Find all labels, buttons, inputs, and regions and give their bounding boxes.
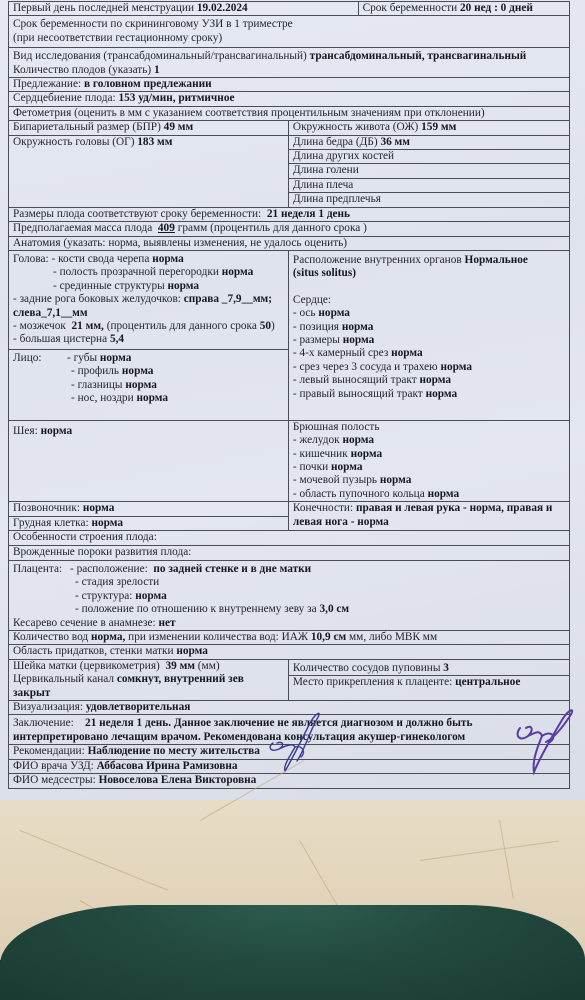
heart-item-label: - позиция (293, 321, 339, 333)
ga-label: Срок беременности (363, 2, 458, 14)
report-form-table: Первый день последней менструации 19.02.… (8, 1, 570, 789)
abdomen-item: - область пупочного кольца норма (293, 488, 565, 501)
spine-value: норма (83, 502, 115, 514)
cord-cell: Количество сосудов пуповины 3 Место прик… (288, 659, 569, 700)
bpd-row: Бипариетальный размер (БПР) 49 мм Окружн… (9, 121, 570, 135)
cord-insertion-line: Место прикрепления к плаценте: центральн… (289, 676, 569, 689)
afi-label: при изменении количества вод: ИАЖ (128, 631, 308, 643)
placenta-structure-label: - структура: (75, 590, 132, 602)
weight-cell: Предполагаемая масса плода 409 грамм (пр… (9, 222, 570, 236)
placenta-position-value: 3,0 см (319, 603, 349, 615)
placenta-position-label: - положение по отношению к внутреннему з… (75, 603, 317, 615)
heart-item-value: норма (342, 321, 374, 333)
size-match-value: 21 неделя 1 день (267, 208, 350, 220)
ultrasound-report-sheet: Первый день последней менструации 19.02.… (0, 0, 585, 805)
exam-type-value: трансабдоминальный, трансвагинальный (310, 50, 527, 62)
csp-value: норма (222, 266, 254, 278)
recommendations-label: Рекомендации: (13, 745, 85, 757)
chest-cell: Грудная клетка: норма (9, 516, 289, 530)
orbits-label: - глазницы (71, 379, 123, 391)
profile-value: норма (122, 365, 154, 377)
conclusion-value: 21 неделя 1 день. Данное заключение не я… (13, 717, 472, 742)
afi-suffix: мм, либо МВК мм (349, 631, 437, 643)
hc-label: Окружность головы (ОГ) (13, 136, 134, 148)
anatomy-title-row: Анатомия (указать: норма, выявлены измен… (9, 236, 570, 250)
spine-row: Позвоночник: норма Конечности: правая и … (9, 502, 570, 516)
abdomen-item: - кишечник норма (293, 448, 565, 461)
cord-vessels-line: Количество сосудов пуповины 3 (289, 660, 569, 676)
screening-cell: Срок беременности по скрининговому УЗИ в… (9, 16, 570, 48)
structure-features: Особенности строения плода: (9, 531, 570, 546)
cord-vessels-label: Количество сосудов пуповины (293, 662, 441, 674)
structure-features-row: Особенности строения плода: (9, 531, 570, 546)
head-label: Голова: (13, 253, 49, 265)
heart-label: Сердце: (293, 294, 565, 307)
afi-value: 10,9 см (311, 631, 346, 643)
fl-line: Длина бедра (ДБ) 36 мм (289, 136, 569, 150)
recommendations-value: Наблюдение по месту жительства (88, 745, 260, 757)
cisterna-label: - большая цистерна (13, 333, 107, 345)
heart-item-value: норма (343, 334, 375, 346)
abdomen-item: - мочевой пузырь норма (293, 474, 565, 487)
bones-cell: Длина бедра (ДБ) 36 мм Длина других кост… (288, 135, 569, 207)
cord-insertion-label: Место прикрепления к плаценте: (293, 676, 452, 688)
doctor-signature-icon (510, 700, 585, 780)
hc-cell: Окружность головы (ОГ) 183 мм (9, 135, 289, 207)
weight-suffix: грамм (процентиль для данного срока ) (178, 222, 367, 234)
weight-value: 409 (158, 222, 175, 234)
face-label: Лицо: (13, 352, 67, 365)
cord-insertion-value: центральное (455, 676, 520, 688)
adnexa-value: норма (176, 645, 208, 657)
fl-value: 36 мм (380, 136, 410, 148)
cervix-value: 39 мм (165, 660, 195, 672)
abdomen-item-label: - область пупочного кольца (293, 488, 425, 500)
neck-row: Шея: норма Брюшная полость - желудок нор… (9, 420, 570, 501)
nurse-signature-icon (265, 705, 335, 775)
csp-label: - полость прозрачной перегородки (53, 266, 219, 278)
bpd-cell: Бипариетальный размер (БПР) 49 мм (9, 121, 289, 135)
organs-value: Нормальное (465, 254, 528, 266)
presentation-row: Предлежание: в головном предлежании (9, 78, 570, 92)
heart-item-label: - 4-х камерный срез (293, 347, 388, 359)
nurse-label: ФИО медсестры: (13, 774, 96, 786)
anatomy-title: Анатомия (указать: норма, выявлены измен… (9, 236, 570, 250)
conclusion-label: Заключение: (13, 717, 74, 729)
adnexa-label: Область придатков, стенки матки (13, 645, 174, 657)
nose-value: норма (136, 392, 168, 404)
heart-item-label: - размеры (293, 334, 340, 346)
abdomen-cell: Брюшная полость - желудок норма - кишечн… (288, 420, 569, 501)
abdomen-item-value: норма (342, 434, 374, 446)
heart-item-label: - левый выносящий тракт (293, 374, 417, 386)
screening-line1: Срок беременности по скрининговому УЗИ в… (13, 18, 565, 31)
exam-type-row: Вид исследования (трансабдоминальный/тра… (9, 48, 570, 78)
organs-situs: (situs solitus) (293, 267, 356, 279)
abdomen-label: Брюшная полость (293, 421, 565, 434)
size-match-label: Размеры плода соответствуют сроку береме… (13, 208, 261, 220)
hc-value: 183 мм (137, 136, 172, 148)
cerebellum-pct-label: (процентиль для данного срока (107, 320, 257, 332)
abdomen-item-label: - мочевой пузырь (293, 474, 377, 486)
cervix-label: Шейка матки (цервикометрия) (13, 660, 160, 672)
heartbeat-label: Сердцебиение плода: (13, 92, 116, 104)
heart-item: - размеры норма (293, 334, 565, 347)
profile-label: - профиль (71, 365, 119, 377)
humerus-length: Длина плеча (289, 179, 569, 193)
abdomen-item-label: - желудок (293, 434, 340, 446)
heartbeat-value: 153 уд/мин, ритмичное (118, 92, 234, 104)
ventricles-label: - задние рога боковых желудочков: (13, 293, 181, 305)
canal-label: Цервикальный канал (13, 673, 114, 685)
cervix-row: Шейка матки (цервикометрия) 39 мм (мм) Ц… (9, 659, 570, 700)
heart-item-value: норма (318, 307, 350, 319)
heart-item-label: - правый выносящий тракт (293, 388, 423, 400)
abdomen-item-value: норма (331, 461, 363, 473)
neck-label: Шея: (13, 425, 38, 437)
ga-cell: Срок беременности 20 нед : 0 дней (358, 2, 569, 16)
tibia-length: Длина голени (289, 164, 569, 178)
skull-label: - кости свода черепа (52, 253, 150, 265)
malformations-row: Врожденные пороки развития плода: (9, 546, 570, 561)
abdomen-item-value: норма (351, 448, 383, 460)
exam-cell: Вид исследования (трансабдоминальный/тра… (9, 48, 570, 78)
hc-row: Окружность головы (ОГ) 183 мм Длина бедр… (9, 135, 570, 207)
heart-item: - 4-х камерный срез норма (293, 347, 565, 360)
organs-label: Расположение внутренних органов (293, 254, 462, 266)
abdomen-item-value: норма (380, 474, 412, 486)
head-cell: Голова: - кости свода черепа норма - пол… (9, 250, 289, 349)
cervix-cell: Шейка матки (цервикометрия) 39 мм (мм) Ц… (9, 659, 289, 700)
presentation-cell: Предлежание: в головном предлежании (9, 78, 570, 92)
ventricles-right: справа _7,9__мм; (184, 293, 272, 305)
presentation-label: Предлежание: (13, 78, 81, 90)
heart-item: - ось норма (293, 307, 565, 320)
lips-value: норма (100, 352, 132, 364)
cerebellum-pct-value: 50 (260, 320, 271, 332)
fl-label: Длина бедра (ДБ) (293, 136, 378, 148)
heart-item: - правый выносящий тракт норма (293, 388, 565, 401)
placenta-location-label: - расположение: (70, 563, 148, 575)
abdomen-item-label: - кишечник (293, 448, 348, 460)
heart-item-value: норма (391, 347, 423, 359)
placenta-maturity-label: - стадия зрелости (13, 576, 565, 589)
lmp-label: Первый день последней менструации (13, 2, 194, 14)
midline-value: норма (168, 280, 200, 292)
cerebellum-label: - мозжечок (13, 320, 66, 332)
abdomen-item-value: норма (428, 488, 460, 500)
placenta-cell: Плацента:- расположение: по задней стенк… (9, 561, 570, 631)
face-cell: Лицо:- губы норма - профиль норма - глаз… (9, 349, 289, 420)
visualization-value: удовлетворительная (86, 701, 190, 713)
fluid-row: Количество вод норма, при изменении коли… (9, 631, 570, 645)
heart-item: - срез через 3 сосуда и трахею норма (293, 361, 565, 374)
green-fabric (0, 905, 585, 1000)
fetometry-title-row: Фетометрия (оценить в мм с указанием соо… (9, 106, 570, 120)
fetus-count-value: 1 (154, 64, 160, 76)
limbs-cell: Конечности: правая и левая рука - норма,… (288, 502, 569, 531)
limbs-label: Конечности: (293, 502, 353, 514)
placenta-structure-value: норма (135, 590, 167, 602)
fluid-label: Количество вод (13, 631, 88, 643)
ventricles-left: слева_7,1__мм (13, 307, 88, 319)
malformations: Врожденные пороки развития плода: (9, 546, 570, 561)
cord-vessels-value: 3 (443, 662, 449, 674)
midline-label: - срединные структуры (53, 280, 165, 292)
chest-value: норма (91, 517, 123, 529)
nurse-value: Новоселова Елена Викторовна (99, 774, 257, 786)
placenta-label: Плацента: (13, 563, 70, 576)
fluid-cell: Количество вод норма, при изменении коли… (9, 631, 570, 645)
fluid-value: норма, (91, 631, 125, 643)
forearm-length: Длина предплечья (289, 193, 569, 206)
lmp-row: Первый день последней менструации 19.02.… (9, 2, 570, 16)
doctor-value: Аббасова Ирина Рамизовна (97, 760, 238, 772)
doctor-label: ФИО врача УЗД: (13, 760, 94, 772)
heart-item-value: норма (420, 374, 452, 386)
bpd-value: 49 мм (164, 121, 194, 133)
head-row: Голова: - кости свода черепа норма - пол… (9, 250, 570, 349)
heart-item-value: норма (440, 361, 472, 373)
ga-value: 20 нед : 0 дней (460, 2, 533, 14)
presentation-value: в головном предлежании (84, 78, 212, 90)
spine-cell: Позвоночник: норма (9, 502, 289, 516)
lmp-cell: Первый день последней менструации 19.02.… (9, 2, 359, 16)
weight-label: Предполагаемая масса плода (13, 222, 152, 234)
orbits-value: норма (125, 379, 157, 391)
bpd-label: Бипариетальный размер (БПР) (13, 121, 161, 133)
nurse-cell: ФИО медсестры: Новоселова Елена Викторов… (9, 774, 570, 788)
heartbeat-cell: Сердцебиение плода: 153 уд/мин, ритмично… (9, 92, 570, 106)
fetus-count-label: Количество плодов (указать) (13, 64, 151, 76)
organs-heart-cell: Расположение внутренних органов Нормальн… (288, 250, 569, 420)
heart-item: - позиция норма (293, 321, 565, 334)
visualization-label: Визуализация: (13, 701, 83, 713)
ac-value: 159 мм (421, 121, 456, 133)
abdomen-item-label: - почки (293, 461, 328, 473)
exam-type-label: Вид исследования (трансабдоминальный/тра… (13, 50, 307, 62)
ac-label: Окружность живота (ОЖ) (293, 121, 418, 133)
chest-label: Грудная клетка: (13, 517, 89, 529)
placenta-location-value: по задней стенке и в дне матки (153, 563, 311, 575)
abdomen-item: - почки норма (293, 461, 565, 474)
heart-item-label: - ось (293, 307, 316, 319)
heartbeat-row: Сердцебиение плода: 153 уд/мин, ритмично… (9, 92, 570, 106)
screening-row: Срок беременности по скрининговому УЗИ в… (9, 16, 570, 48)
cervix-unit: (мм) (198, 660, 220, 672)
neck-cell: Шея: норма (9, 420, 289, 501)
cerebellum-value: 21 мм, (72, 320, 104, 332)
adnexa-cell: Область придатков, стенки матки норма (9, 645, 570, 659)
ac-cell: Окружность живота (ОЖ) 159 мм (288, 121, 569, 135)
cisterna-value: 5,4 (110, 333, 124, 345)
heart-item-label: - срез через 3 сосуда и трахею (293, 361, 438, 373)
nurse-row: ФИО медсестры: Новоселова Елена Викторов… (9, 774, 570, 788)
heart-item: - левый выносящий тракт норма (293, 374, 565, 387)
size-match-row: Размеры плода соответствуют сроку береме… (9, 207, 570, 221)
fetometry-title: Фетометрия (оценить в мм с указанием соо… (9, 106, 570, 120)
screening-line2: (при несоответствии гестационному сроку) (13, 32, 565, 45)
nose-label: - нос, ноздри (71, 392, 134, 404)
other-bones: Длина других костей (289, 150, 569, 164)
weight-row: Предполагаемая масса плода 409 грамм (пр… (9, 222, 570, 236)
size-match-cell: Размеры плода соответствуют сроку береме… (9, 207, 570, 221)
neck-value: норма (41, 425, 73, 437)
lips-label: - губы (67, 352, 97, 364)
skull-value: норма (152, 253, 184, 265)
cesarean-label: Кесарево сечение в анамнезе: (13, 617, 156, 629)
adnexa-row: Область придатков, стенки матки норма (9, 645, 570, 659)
heart-item-value: норма (426, 388, 458, 400)
placenta-row: Плацента:- расположение: по задней стенк… (9, 561, 570, 631)
lmp-value: 19.02.2024 (197, 2, 248, 14)
cesarean-value: нет (159, 617, 176, 629)
abdomen-item: - желудок норма (293, 434, 565, 447)
spine-label: Позвоночник: (13, 502, 80, 514)
